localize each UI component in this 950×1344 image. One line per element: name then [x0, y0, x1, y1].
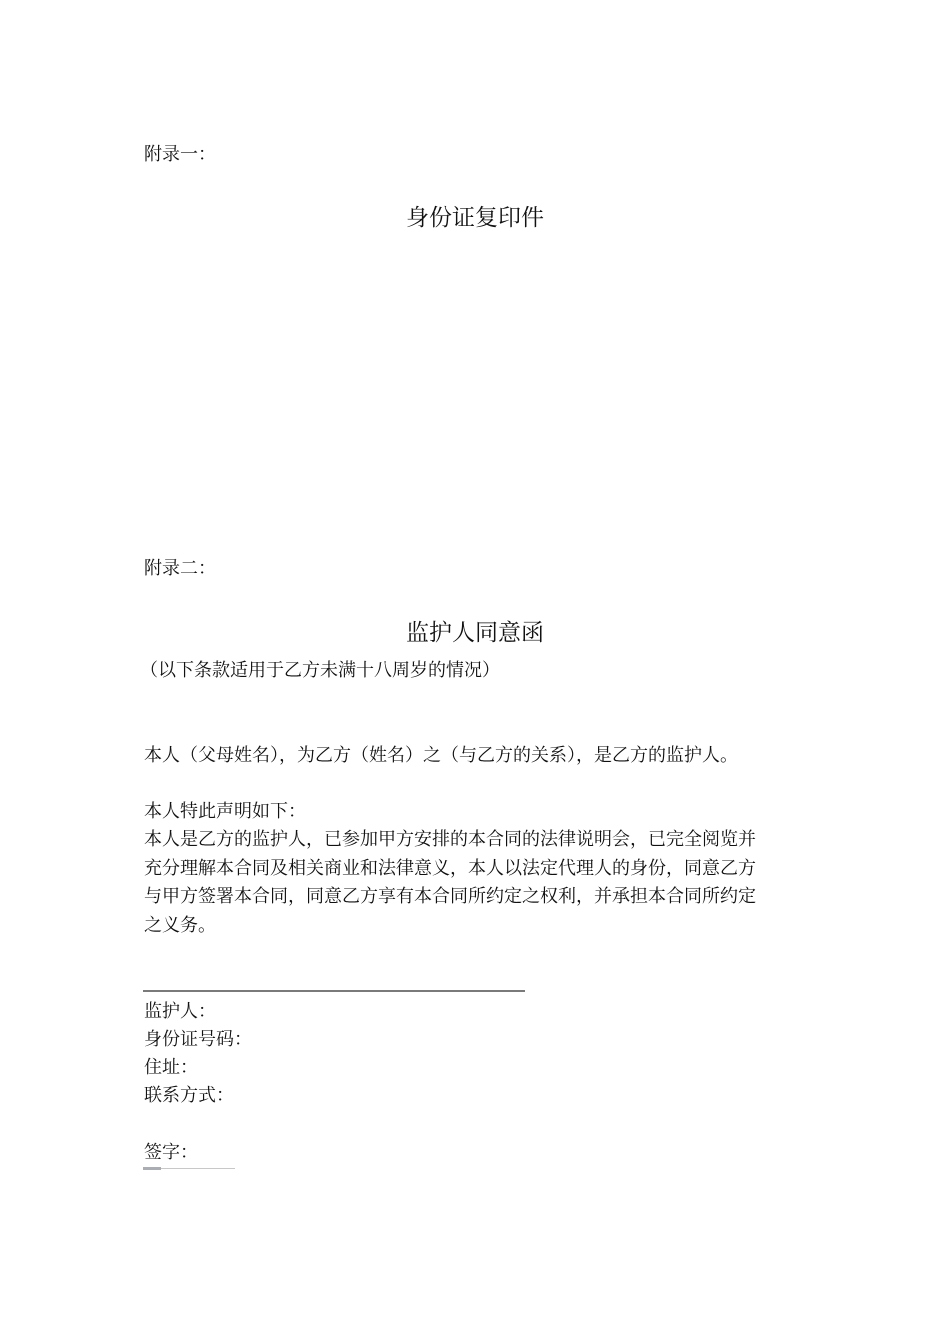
signature-label: 签字： [144, 1139, 198, 1167]
appendix-2-title: 监护人同意函 [0, 614, 950, 647]
field-contact: 联系方式： [144, 1082, 234, 1110]
applicability-note: （以下条款适用于乙方未满十八周岁的情况） [140, 657, 500, 685]
appendix-2-label: 附录二： [144, 555, 216, 583]
guardian-intro: 本人（父母姓名），为乙方（姓名）之（与乙方的关系），是乙方的监护人。 [144, 742, 738, 770]
declaration-line: 之义务。 [144, 912, 809, 941]
id-copy-placeholder-area [144, 240, 809, 540]
field-guardian: 监护人： [144, 998, 216, 1026]
field-address: 住址： [144, 1054, 198, 1082]
signature-divider [143, 990, 525, 992]
field-id-number: 身份证号码： [144, 1026, 252, 1054]
declaration-line: 充分理解本合同及相关商业和法律意义，本人以法定代理人的身份，同意乙方 [144, 855, 809, 884]
signature-line-mark [143, 1167, 161, 1170]
declaration-paragraph: 本人是乙方的监护人，已参加甲方安排的本合同的法律说明会，已完全阅览并 充分理解本… [144, 826, 809, 940]
appendix-1-label: 附录一： [144, 141, 216, 169]
declaration-heading: 本人特此声明如下： [144, 798, 306, 826]
declaration-line: 本人是乙方的监护人，已参加甲方安排的本合同的法律说明会，已完全阅览并 [144, 826, 809, 855]
appendix-1-title: 身份证复印件 [0, 199, 950, 232]
declaration-line: 与甲方签署本合同，同意乙方享有本合同所约定之权利，并承担本合同所约定 [144, 883, 809, 912]
